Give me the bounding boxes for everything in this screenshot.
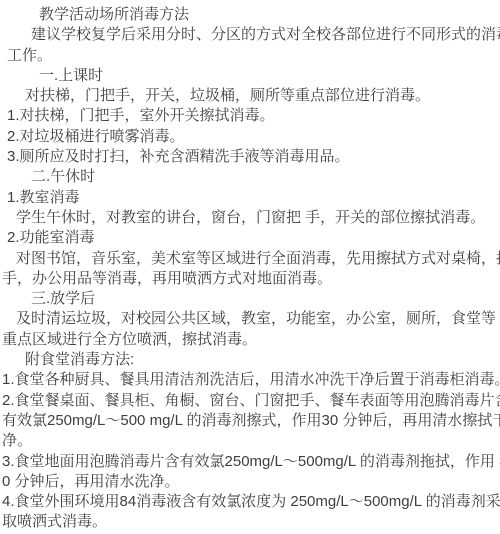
list-item-line: 3.食堂地面用泡腾消毒片含有效氯250mg/L～500mg/L 的消毒剂拖拭，作… xyxy=(2,452,500,472)
list-item-line: 1.对扶梯，门把手，室外开关擦拭消毒。 xyxy=(2,106,500,126)
list-item-line: 2.食堂餐桌面、餐具柜、角橱、窗台、门窗把手、餐车表面等用泡腾消毒片含 xyxy=(2,391,500,411)
text-line: 重点区域进行全方位喷洒，擦拭消毒。 xyxy=(2,330,500,350)
list-item-line: 3.厕所应及时打扫，补充含酒精洗手液等消毒用品。 xyxy=(2,147,500,167)
subsection-heading-line: 附食堂消毒方法: xyxy=(2,350,500,370)
text-line: 手，办公用品等消毒，再用喷洒方式对地面消毒。 xyxy=(2,269,500,289)
section-heading-line: 二.午休时 xyxy=(2,167,500,187)
list-item-line: 2.对垃圾桶进行喷雾消毒。 xyxy=(2,127,500,147)
text-line: 取喷洒式消毒。 xyxy=(2,512,500,532)
section-heading-line: 三.放学后 xyxy=(2,289,500,309)
doc-title-line: 教学活动场所消毒方法 xyxy=(2,5,500,25)
text-line: 及时清运垃圾，对校园公共区域，教室，功能室，办公室，厕所，食堂等 xyxy=(2,309,500,329)
text-line: 对图书馆，音乐室，美术室等区域进行全面消毒，先用擦拭方式对桌椅，扶 xyxy=(2,249,500,269)
text-line: 对扶梯，门把手，开关，垃圾桶，厕所等重点部位进行消毒。 xyxy=(2,86,500,106)
list-item-line: 2.功能室消毒 xyxy=(2,228,500,248)
text-line: 工作。 xyxy=(2,46,500,66)
text-line: 有效氯250mg/L～500 mg/L 的消毒剂擦式，作用30 分钟后，再用清水… xyxy=(2,411,500,431)
list-item-line: 1.教室消毒 xyxy=(2,188,500,208)
text-line: 净。 xyxy=(2,431,500,451)
list-item-line: 4.食堂外围环境用84消毒液含有效氯浓度为 250mg/L～500mg/L 的消… xyxy=(2,492,500,512)
text-line: 建议学校复学后采用分时、分区的方式对全校各部位进行不同形式的消毒 xyxy=(2,25,500,45)
section-heading-line: 一.上课时 xyxy=(2,66,500,86)
text-line: 学生午休时，对教室的讲台，窗台，门窗把 手，开关的部位擦拭消毒。 xyxy=(2,208,500,228)
text-line: 0 分钟后，再用清水洗净。 xyxy=(2,472,500,492)
list-item-line: 1.食堂各种厨具、餐具用清洁剂洗洁后，用清水冲洗干净后置于消毒柜消毒。 xyxy=(2,370,500,390)
document-page: 教学活动场所消毒方法 建议学校复学后采用分时、分区的方式对全校各部位进行不同形式… xyxy=(0,0,500,534)
